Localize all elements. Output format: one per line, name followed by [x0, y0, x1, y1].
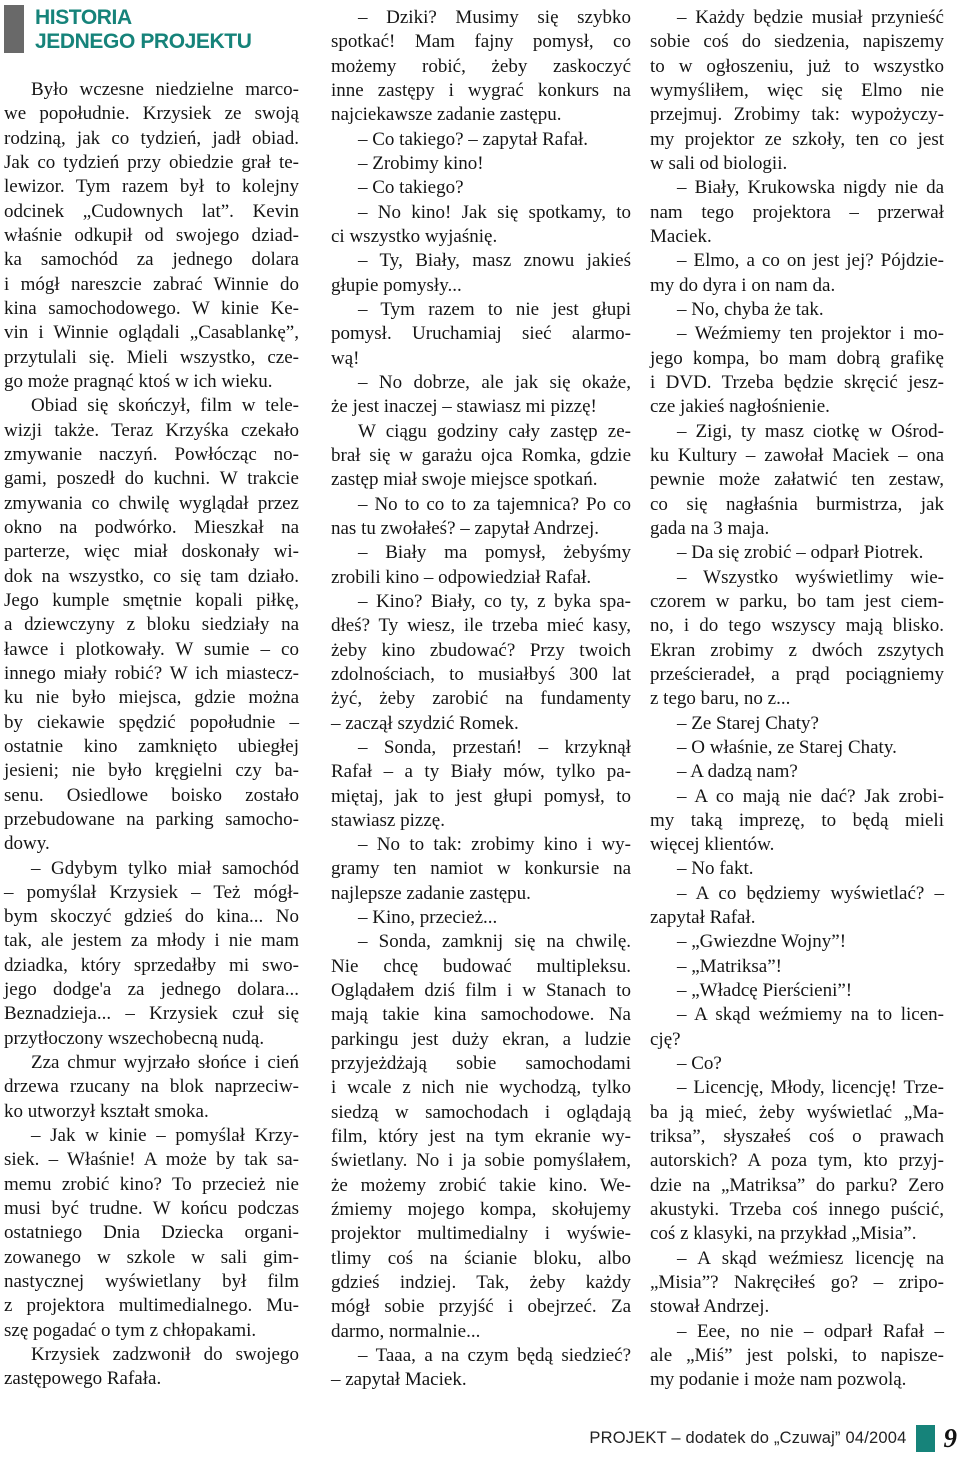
text-line: – pomyślał Krzysiek – Też mógł- [4, 881, 299, 905]
text-line: zdolnościach, to musiałbyś 300 lat [331, 663, 631, 687]
article-title: HISTORIA JEDNEGO PROJEKTU [35, 4, 251, 78]
footer-accent-square [916, 1425, 935, 1452]
page-number: 9 [944, 1423, 958, 1454]
text-line: ci wszystko wyjaśnię. [331, 225, 631, 249]
text-line: ka samochód za jednego dolara [4, 248, 299, 272]
text-line: my podanie i może nam pozwolą. [650, 1368, 944, 1392]
text-line: stawiasz pizzę. [331, 809, 631, 833]
text-line: w sali od biologii. [650, 152, 944, 176]
text-line: – A skąd weźmiemy na to licen- [650, 1003, 944, 1027]
footer: PROJEKT – dodatek do „Czuwaj” 04/2004 9 [589, 1423, 957, 1453]
text-line: – Elmo, a co on jest jej? Pójdzie- [650, 249, 944, 273]
text-line: ostatnie kino zamknięto ubiegłej [4, 735, 299, 759]
article-header: HISTORIA JEDNEGO PROJEKTU [4, 4, 299, 78]
footer-credit: PROJEKT – dodatek do „Czuwaj” 04/2004 [589, 1429, 906, 1448]
text-line: ostatniego Dnia Dziecka organi- [4, 1221, 299, 1245]
text-line: dziadka, który sprzedałby mi swo- [4, 954, 299, 978]
text-line: Beznadzieja... – Krzysiek czuł się [4, 1002, 299, 1026]
text-line: wizji także. Teraz Krzyśka czekało [4, 419, 299, 443]
text-line: siedzą w samochodach i oglądają [331, 1101, 631, 1125]
text-line: spotkać! Mam fajny pomysł, co [331, 30, 631, 54]
text-line: odcinek „Cudownych lat”. Kevin [4, 200, 299, 224]
text-line: więcej klientów. [650, 833, 944, 857]
text-line: my projektor ze szkoły, ten co jest [650, 128, 944, 152]
text-line: by ciekawie spędzić popołudnie – [4, 711, 299, 735]
text-line: – Ze Starej Chaty? [650, 712, 944, 736]
text-line: – Da się zrobić – odparł Piotrek. [650, 541, 944, 565]
text-line: zastępowego Rafała. [4, 1367, 299, 1391]
text-line: gdzieś indziej. Tak, żeby każdy [331, 1271, 631, 1295]
text-line: i DVD. Trzeba będzie skręcić jesz- [650, 371, 944, 395]
text-line: – „Władcę Pierścieni”! [650, 979, 944, 1003]
text-line: – zaczął szydzić Romek. [331, 712, 631, 736]
text-line: stował Andrzej. [650, 1295, 944, 1319]
text-line: dowy. [4, 832, 299, 856]
text-line: – No to co to za tajemnica? Po co [331, 493, 631, 517]
text-line: cję? [650, 1028, 944, 1052]
text-line: brał się w garażu ojca Romka, gdzie [331, 444, 631, 468]
text-line: a dziewczyny z bloku siedziały na [4, 613, 299, 637]
text-line: memu zrobić kino? To przecież nie [4, 1173, 299, 1197]
text-line: przebudowane na parking samocho- [4, 808, 299, 832]
text-line: zapytał Rafał. [650, 906, 944, 930]
text-line: źmiemy mojego kompa, skołujemy [331, 1198, 631, 1222]
text-line: autorskich? A poza tym, kto przyj- [650, 1149, 944, 1173]
text-line: – Co takiego? – zapytał Rafał. [331, 128, 631, 152]
text-line: wymyśliłem, więc się Elmo nie [650, 79, 944, 103]
text-line: darmo, normalnie... [331, 1320, 631, 1344]
text-line: – O właśnie, ze Starej Chaty. [650, 736, 944, 760]
text-line: dok na wszystko, co się tam działo. [4, 565, 299, 589]
text-line: drzewa rzucany na blok naprzeciw- [4, 1075, 299, 1099]
text-line: tlimy coś na ścianie bloku, albo [331, 1247, 631, 1271]
text-line: bym skoczyć gdzieś do kina... No [4, 905, 299, 929]
text-line: musi być trudne. W końcu podczas [4, 1197, 299, 1221]
text-line: miętaj, jak to jest głupi pomysł, to [331, 785, 631, 809]
text-line: – Każdy będzie musiał przynieść [650, 6, 944, 30]
text-line: najlepsze zadanie zastępu. [331, 882, 631, 906]
text-line: wą! [331, 347, 631, 371]
text-line: Ekran zrobimy z dwóch zszytych [650, 639, 944, 663]
text-line: gami, poszedł do kuchni. W trakcie [4, 467, 299, 491]
text-line: – Co takiego? [331, 176, 631, 200]
text-line: – Biały ma pomysł, żebyśmy [331, 541, 631, 565]
text-line: innego miały robić? W ich miastecz- [4, 662, 299, 686]
text-line: – „Gwiezdne Wojny”! [650, 930, 944, 954]
text-line: zmywania co chwilę wyglądał przez [4, 492, 299, 516]
text-line: Obiad się skończył, film w tele- [4, 394, 299, 418]
text-line: kina samochodowego. W kinie Ke- [4, 297, 299, 321]
text-line: czorem w parku, bo tam jest ciem- [650, 590, 944, 614]
text-line: z tego baru, no z... [650, 687, 944, 711]
text-line: zowanego w szkole w sali gim- [4, 1246, 299, 1270]
text-line: z projektora multimedialnego. Mu- [4, 1294, 299, 1318]
text-line: – Sonda, zamknij się na chwilę. [331, 930, 631, 954]
text-line: jego kompa, bo mam dobrą grafikę [650, 347, 944, 371]
text-line: Zza chmur wyjrzało słońce i cień [4, 1051, 299, 1075]
text-column-3: – Każdy będzie musiał przynieśćsobie coś… [650, 6, 944, 1393]
text-line: zmywanie naczyń. Powłócząc no- [4, 443, 299, 467]
text-line: żyć, żeby zarobić na fundamenty [331, 687, 631, 711]
text-line: triksa”, słyszałeś coś o prawach [650, 1125, 944, 1149]
text-line: – A co będziemy wyświetlać? – [650, 882, 944, 906]
text-line: mógł sobie przyjść i obejrzeć. Za [331, 1295, 631, 1319]
text-line: ale „Miś” jest polski, to napisze- [650, 1344, 944, 1368]
magazine-page: HISTORIA JEDNEGO PROJEKTU Było wczesne n… [0, 0, 960, 1462]
text-line: projektor multimedialny i wyświe- [331, 1222, 631, 1246]
text-line: jego dodge'a za jednego dolara... [4, 978, 299, 1002]
text-line: zastęp miał swoje miejsce spotkań. [331, 468, 631, 492]
text-line: ku nie było miejsca, gdzie można [4, 686, 299, 710]
text-line: szę pogadać o tym z chłopakami. [4, 1319, 299, 1343]
text-line: – A skąd weźmiesz licencję na [650, 1247, 944, 1271]
text-line: – Wszystko wyświetlimy wie- [650, 566, 944, 590]
text-line: głupie pomysły... [331, 274, 631, 298]
text-line: – Co? [650, 1052, 944, 1076]
text-line: tak, ale jestem za młody i nie mam [4, 929, 299, 953]
text-line: nam tego projektora – przerwał [650, 201, 944, 225]
text-line: – No to tak: zrobimy kino i wy- [331, 833, 631, 857]
text-line: możemy robić, żeby zaskoczyć [331, 55, 631, 79]
text-line: prześcieradeł, a prąd pociągniemy [650, 663, 944, 687]
text-line: pomysł. Uruchamiaj sieć alarmo- [331, 322, 631, 346]
text-line: vin i Winnie oglądali „Casablankę”, [4, 321, 299, 345]
text-column-2: – Dziki? Musimy się szybkospotkać! Mam f… [331, 6, 631, 1393]
text-line: Jego kumple smętnie kopali piłkę, [4, 589, 299, 613]
text-line: przejmuj. Zrobimy tak: wypożyczy- [650, 103, 944, 127]
text-line: Rafał – a ty Biały mów, tylko pa- [331, 760, 631, 784]
text-line: – Zigi, ty masz ciotkę w Ośrod- [650, 420, 944, 444]
text-line: że możemy zrobić takie kino. We- [331, 1174, 631, 1198]
text-line: film, który jest na tym ekranie wy- [331, 1125, 631, 1149]
text-line: rodziną, jak co tydzień, jadł obiad. [4, 127, 299, 151]
text-line: siek. – Właśnie! A może by tak sa- [4, 1148, 299, 1172]
text-line: – No dobrze, ale jak się okaże, [331, 371, 631, 395]
text-line: dzie na „Matriksa” do parku? Zero [650, 1174, 944, 1198]
text-line: okno na podwórko. Mieszkał na [4, 516, 299, 540]
text-line: parterze, więc miał doskonały wi- [4, 540, 299, 564]
text-line: cze jakieś nagłośnienie. [650, 395, 944, 419]
title-line-2: JEDNEGO PROJEKTU [35, 30, 251, 54]
text-line: – Zrobimy kino! [331, 152, 631, 176]
text-line: przytulali się. Mieli wszystko, cze- [4, 346, 299, 370]
text-line: – Eee, no nie – odparł Rafał – [650, 1320, 944, 1344]
text-line: inne zastępy i wygrać konkurs na [331, 79, 631, 103]
text-line: my do dyra i on nam da. [650, 274, 944, 298]
text-line: – Gdybym tylko miał samochód [4, 857, 299, 881]
text-line: sobie coś do siedzenia, napiszemy [650, 30, 944, 54]
text-line: W ciągu godziny cały zastęp ze- [331, 420, 631, 444]
text-line: parkingu jest duży ekran, a ludzie [331, 1028, 631, 1052]
text-line: nas tu zwołałeś? – zapytał Andrzej. [331, 517, 631, 541]
text-line: ku Kultury – zawołał Maciek – ona [650, 444, 944, 468]
text-line: co się nagłaśnia burmistrza, jak [650, 493, 944, 517]
text-line: najciekawsze zadanie zastępu. [331, 103, 631, 127]
text-line: – No kino! Jak się spotkamy, to [331, 201, 631, 225]
text-line: senu. Osiedlowe boisko zostało [4, 784, 299, 808]
text-line: dłeś? Ty wiesz, ile trzeba mieć kasy, [331, 614, 631, 638]
text-line: jesieni; nie było kręgielni czy ba- [4, 759, 299, 783]
text-line: Krzysiek zadzwonił do swojego [4, 1343, 299, 1367]
text-line: we popołudnie. Krzysiek ze swoją [4, 102, 299, 126]
text-line: – Sonda, przestań! – krzyknął [331, 736, 631, 760]
text-line: – Tym razem to nie jest głupi [331, 298, 631, 322]
text-line: no, i do tego wszyscy mają blisko. [650, 614, 944, 638]
text-line: to w ogłoszeniu, już to wszystko [650, 55, 944, 79]
text-line: przyjeżdżają sobie samochodami [331, 1052, 631, 1076]
text-line: – Licencję, Młody, licencję! Trze- [650, 1076, 944, 1100]
title-line-1: HISTORIA [35, 6, 251, 30]
column-1-text: Było wczesne niedzielne marco-we popołud… [4, 78, 299, 1392]
text-line: – Taaa, a na czym będą siedzieć? [331, 1344, 631, 1368]
text-line: Jak co tydzień przy obiedzie grał te- [4, 151, 299, 175]
text-line: ławce i plotkowały. W sumie – co [4, 638, 299, 662]
text-line: gada na 3 maja. [650, 517, 944, 541]
text-line: przytłoczony wszechobecną nudą. [4, 1027, 299, 1051]
text-line: – A co mają nie dać? Jak zrobi- [650, 785, 944, 809]
text-line: i mógł nareszcie zabrać Winnie do [4, 273, 299, 297]
text-line: Oglądałem dziś film i w Stanach to [331, 979, 631, 1003]
header-accent-block [4, 5, 24, 53]
text-line: – Weźmiemy ten projektor i mo- [650, 322, 944, 346]
text-line: – No fakt. [650, 857, 944, 881]
text-line: – Jak w kinie – pomyślał Krzy- [4, 1124, 299, 1148]
text-line: ko utworzył kształt smoka. [4, 1100, 299, 1124]
text-line: ba ją mieć, żeby wyświetlać „Ma- [650, 1101, 944, 1125]
text-line: – A dadzą nam? [650, 760, 944, 784]
text-line: – Kino, przecież... [331, 906, 631, 930]
text-line: właśnie odkupił od swojego dziad- [4, 224, 299, 248]
text-line: coś z klasyki, na przykład „Misia”. [650, 1222, 944, 1246]
text-line: pewnie może załatwić ten zestaw, [650, 468, 944, 492]
text-line: Było wczesne niedzielne marco- [4, 78, 299, 102]
text-line: nastycznej wyświetlany był film [4, 1270, 299, 1294]
text-line: – No, chyba że tak. [650, 298, 944, 322]
text-line: go może pragnąć ktoś w ich wieku. [4, 370, 299, 394]
text-line: Nie chcę budować multipleksu. [331, 955, 631, 979]
text-line: – „Matriksa”! [650, 955, 944, 979]
text-line: żeby kino zbudować? Przy twoich [331, 639, 631, 663]
text-line: – zapytał Maciek. [331, 1368, 631, 1392]
text-line: mają takie kina samochodowe. Na [331, 1003, 631, 1027]
text-column-1: HISTORIA JEDNEGO PROJEKTU Było wczesne n… [4, 0, 299, 1392]
text-line: Maciek. [650, 225, 944, 249]
text-line: zrobili kino – odpowiedział Rafał. [331, 566, 631, 590]
text-line: i wcale z nich nie wychodzą, tylko [331, 1076, 631, 1100]
text-line: – Biały, Krukowska nigdy nie da [650, 176, 944, 200]
text-line: – Dziki? Musimy się szybko [331, 6, 631, 30]
text-line: świetlany. No i ja sobie pomyślałem, [331, 1149, 631, 1173]
text-line: akustyki. Trzeba coś innego puścić, [650, 1198, 944, 1222]
text-line: „Misia”? Nakręciłeś go? – zripo- [650, 1271, 944, 1295]
text-line: lewizor. Tym razem był to kolejny [4, 175, 299, 199]
text-line: my taką imprezę, to będą mieli [650, 809, 944, 833]
text-line: – Ty, Biały, masz znowu jakieś [331, 249, 631, 273]
text-line: – Kino? Biały, co ty, z byka spa- [331, 590, 631, 614]
text-line: że jest inaczej – stawiasz mi pizzę! [331, 395, 631, 419]
text-line: gramy ten namiot w konkursie na [331, 857, 631, 881]
